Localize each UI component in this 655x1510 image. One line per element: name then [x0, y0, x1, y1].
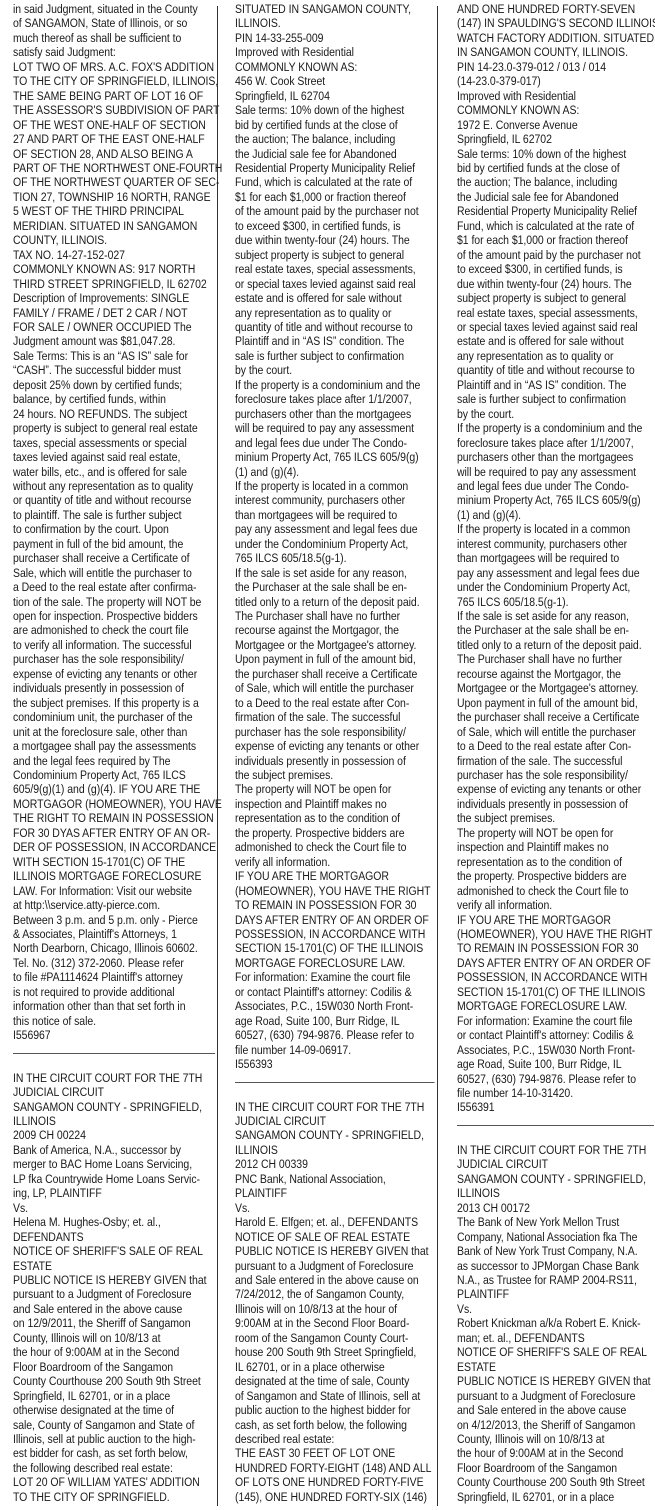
notice-text-line: or special taxes levied against said rea…	[457, 320, 654, 334]
notice-text-line: N.A., as Trustee for RAMP 2004-RS11,	[457, 1273, 654, 1287]
notice-text-line: firmation of the sale. The successful	[235, 710, 435, 724]
notice-text-line: of Sale, which will entitle the purchase…	[235, 681, 435, 695]
notice-text-line: 765 ILCS 605/18.5(g-1).	[457, 595, 654, 609]
notice-text-line: (147) IN SPAULDING'S SECOND ILLINOIS	[457, 16, 654, 30]
notice-text-line: recourse against the Mortgagor, the	[235, 623, 435, 637]
notice-text-line: TO REMAIN IN POSSESSION FOR 30	[457, 941, 654, 955]
notice-text-line: ing, LP, PLAINTIFF	[13, 1186, 215, 1200]
notice-text-line: Fund, which is calculated at the rate of	[457, 219, 654, 233]
notice-text-line: by the court.	[457, 407, 654, 421]
notice-text-line: The Purchaser shall have no further	[457, 652, 654, 666]
notice-text-line: purchasers other than the mortgagees	[457, 450, 654, 464]
notice-text-line: estate and is offered for sale without	[457, 334, 654, 348]
notice-text-line: inspection and Plaintiff makes no	[235, 797, 435, 811]
notice-text-line: to verify all information. The successfu…	[13, 638, 215, 652]
notice-text-line: deposit 25% down by certified funds;	[13, 378, 215, 392]
notice-text-line: cash, as set forth below, the following	[235, 1418, 435, 1432]
notice-text-line: & Associates, Plaintiff's Attorneys, 1	[13, 927, 215, 941]
notice-text-line: NOTICE OF SALE OF REAL ESTATE	[235, 1230, 435, 1244]
notice-text-line: IN THE CIRCUIT COURT FOR THE 7TH	[457, 1143, 654, 1157]
notice-text-line: For information: Examine the court file	[235, 970, 435, 984]
notice-text-line: JUDICIAL CIRCUIT	[235, 1114, 435, 1128]
notice-text-line: admonished to check the Court file to	[457, 884, 654, 898]
notice-text-line: 605/9(g)(1) and (g)(4). IF YOU ARE THE	[13, 782, 215, 796]
notice-text-line: $1 for each $1,000 or fraction thereof	[235, 190, 435, 204]
notice-text-line: Residential Property Municipality Relief	[235, 161, 435, 175]
notice-text-line: any representation as to quality or	[457, 349, 654, 363]
notice-text-line: or special taxes levied against said rea…	[235, 277, 435, 291]
notice-text-line: (HOMEOWNER), YOU HAVE THE RIGHT	[235, 884, 435, 898]
notice-text-line: sale is further subject to confirmation	[235, 349, 435, 363]
notice-text-line: the hour of 9:00AM at in the Second	[457, 1446, 654, 1460]
notice-text-line: payment in full of the bid amount, the	[13, 537, 215, 551]
notice-text-line: IN THE CIRCUIT COURT FOR THE 7TH	[235, 1100, 435, 1114]
notice-separator-rule	[235, 1082, 435, 1083]
notice-text-line: the subject premises.	[457, 811, 654, 825]
column-2: SITUATED IN SANGAMON COUNTY,ILLINOIS.PIN…	[235, 2, 435, 1504]
notice-text-line: Illinois, sell at public auction to the …	[13, 1432, 215, 1446]
notice-text-line: described real estate:	[235, 1432, 435, 1446]
notice-text-line: ESTATE	[457, 1360, 654, 1374]
notice-text-line: age Road, Suite 100, Burr Ridge, IL	[457, 1057, 654, 1071]
notice-text-line: THE RIGHT TO REMAIN IN POSSESSION	[13, 811, 215, 825]
notice-text-line: THIRD STREET SPRINGFIELD, IL 62702	[13, 277, 215, 291]
notice-text-line: Vs.	[457, 1302, 654, 1316]
notice-text-line: Improved with Residential	[457, 89, 654, 103]
notice-text-line: will be required to pay any assessment	[235, 421, 435, 435]
notice-text-line: designated at the time of sale, County	[235, 1374, 435, 1388]
notice-text-line: The property will NOT be open for	[235, 782, 435, 796]
notice-text-line: titled only to a return of the deposit p…	[457, 638, 654, 652]
notice-text-line: Mortgagee or the Mortgagee's attorney.	[235, 638, 435, 652]
notice-text-line: taxes, special assessments or special	[13, 436, 215, 450]
notice-text-line: purchaser has the sole responsibility/	[457, 768, 654, 782]
notice-text-line: this notice of sale.	[13, 1014, 215, 1028]
column-1: in said Judgment, situated in the County…	[13, 2, 215, 1504]
notice-text-line: 60527, (630) 794-9876. Please refer to	[457, 1072, 654, 1086]
notice-text-line: IN SANGAMON COUNTY, ILLINOIS.	[457, 45, 654, 59]
notice-text-line: Condominium Property Act, 765 ILCS	[13, 768, 215, 782]
notice-text-line: satisfy said Judgment:	[13, 45, 215, 59]
notice-text-line: the property. Prospective bidders are	[457, 869, 654, 883]
notice-text-line: Springfield, IL 62701, or in a place	[13, 1389, 215, 1403]
notice-text-line: If the property is a condominium and the	[235, 378, 435, 392]
notice-text-line: County, Illinois will on 10/8/13 at	[457, 1432, 654, 1446]
notice-text-line: verify all information.	[457, 898, 654, 912]
notice-text-line: 1972 E. Converse Avenue	[457, 118, 654, 132]
notice-text-line: purchaser has the sole responsibility/	[235, 725, 435, 739]
notice-text-line: and legal fees due under The Condo-	[457, 479, 654, 493]
notice-text-line: information other than that set forth in	[13, 999, 215, 1013]
notice-text-line: PLAINTIFF	[457, 1287, 654, 1301]
notice-text-line: the Purchaser at the sale shall be en-	[235, 580, 435, 594]
notice-text-line: PIN 14-23.0-379-012 / 013 / 014	[457, 60, 654, 74]
legal-notice: SITUATED IN SANGAMON COUNTY,ILLINOIS.PIN…	[235, 2, 435, 1072]
notice-text-line: County Courthouse 200 South 9th Street	[13, 1374, 215, 1388]
notice-text-line: DEFENDANTS	[13, 1230, 215, 1244]
column-divider	[217, 6, 218, 1506]
notice-text-line: bid by certified funds at the close of	[235, 118, 435, 132]
notice-text-line: Between 3 p.m. and 5 p.m. only - Pierce	[13, 913, 215, 927]
notice-text-line: IF YOU ARE THE MORTGAGOR	[235, 869, 435, 883]
notice-text-line: ILLINOIS	[235, 1143, 435, 1157]
notice-text-line: expense of evicting any tenants or other	[13, 667, 215, 681]
notice-text-line: Plaintiff and in “AS IS” condition. The	[235, 334, 435, 348]
notice-text-line: LP fka Countrywide Home Loans Servic-	[13, 1172, 215, 1186]
notice-text-line: to plaintiff. The sale is further subjec…	[13, 508, 215, 522]
notice-text-line: OF THE NORTHWEST QUARTER OF SEC-	[13, 175, 215, 189]
notice-text-line: TION 27, TOWNSHIP 16 NORTH, RANGE	[13, 190, 215, 204]
notice-text-line: to a Deed to the real estate after Con-	[457, 739, 654, 753]
notice-text-line: foreclosure takes place after 1/1/2007,	[457, 436, 654, 450]
notice-text-line: 7/24/2012, the of Sangamon County,	[235, 1287, 435, 1301]
notice-text-line: ILLINOIS MORTGAGE FORECLOSURE	[13, 869, 215, 883]
column-divider	[437, 6, 438, 1506]
notice-text-line: LAW. For Information: Visit our website	[13, 884, 215, 898]
notice-text-line: HUNDRED FORTY-EIGHT (148) AND ALL	[235, 1461, 435, 1475]
notice-text-line: Bank of New York Trust Company, N.A.	[457, 1244, 654, 1258]
legal-notices-page: in said Judgment, situated in the County…	[0, 0, 655, 1510]
notice-text-line: TO THE CITY OF SPRINGFIELD, ILLINOIS,	[13, 74, 215, 88]
notice-text-line: than mortgagees will be required to	[235, 508, 435, 522]
notice-text-line: Sale terms: 10% down of the highest	[235, 103, 435, 117]
notice-text-line: OF SECTION 28, AND ALSO BEING A	[13, 147, 215, 161]
notice-text-line: Springfield, IL 62701, or in a place	[457, 1490, 654, 1504]
notice-text-line: taxes levied against said real estate,	[13, 450, 215, 464]
notice-text-line: FOR 30 DYAS AFTER ENTRY OF AN OR-	[13, 826, 215, 840]
notice-text-line: subject property is subject to general	[235, 248, 435, 262]
notice-text-line: 60527, (630) 794-9876. Please refer to	[235, 1028, 435, 1042]
notice-text-line: minium Property Act, 765 ILCS 605/9(g)	[457, 493, 654, 507]
notice-text-line: (HOMEOWNER), YOU HAVE THE RIGHT	[457, 927, 654, 941]
notice-text-line: SANGAMON COUNTY - SPRINGFIELD,	[13, 1100, 215, 1114]
notice-text-line: DER OF POSSESSION, IN ACCORDANCE	[13, 840, 215, 854]
notice-text-line: The Bank of New York Mellon Trust	[457, 1215, 654, 1229]
notice-text-line: IN THE CIRCUIT COURT FOR THE 7TH	[13, 1071, 215, 1085]
notice-text-line: property is subject to general real esta…	[13, 421, 215, 435]
notice-text-line: or quantity of title and without recours…	[13, 493, 215, 507]
notice-text-line: ILLINOIS.	[235, 16, 435, 30]
notice-text-line: If the property is located in a common	[457, 522, 654, 536]
notice-text-line: quantity of title and without recourse t…	[235, 320, 435, 334]
notice-text-line: due within twenty-four (24) hours. The	[235, 233, 435, 247]
notice-text-line: will be required to pay any assessment	[457, 465, 654, 479]
legal-notice: AND ONE HUNDRED FORTY-SEVEN(147) IN SPAU…	[457, 2, 654, 1115]
notice-text-line: purchaser shall receive a Certificate of	[13, 551, 215, 565]
notice-text-line: Floor Boardroom of the Sangamon	[457, 1461, 654, 1475]
notice-text-line: Description of Improvements: SINGLE	[13, 291, 215, 305]
notice-text-line: Sale Terms: This is an “AS IS” sale for	[13, 349, 215, 363]
notice-text-line: the property. Prospective bidders are	[235, 826, 435, 840]
notice-separator-rule	[13, 1053, 215, 1054]
notice-text-line: and legal fees due under The Condo-	[235, 436, 435, 450]
notice-text-line: open for inspection. Prospective bidders	[13, 609, 215, 623]
notice-text-line: of Sangamon and State of Illinois, sell …	[235, 1389, 435, 1403]
notice-text-line: sale, County of Sangamon and State of	[13, 1418, 215, 1432]
notice-text-line: public auction to the highest bidder for	[235, 1403, 435, 1417]
notice-text-line: FAMILY / FRAME / DET 2 CAR / NOT	[13, 306, 215, 320]
notice-text-line: ILLINOIS	[457, 1186, 654, 1200]
notice-text-line: FOR SALE / OWNER OCCUPIED The	[13, 320, 215, 334]
notice-text-line: est bidder for cash, as set forth below,	[13, 1446, 215, 1460]
notice-text-line: Associates, P.C., 15W030 North Front-	[235, 999, 435, 1013]
notice-text-line: water bills, etc., and is offered for sa…	[13, 465, 215, 479]
notice-text-line: in said Judgment, situated in the County	[13, 2, 215, 16]
notice-text-line: the purchaser shall receive a Certificat…	[235, 667, 435, 681]
notice-text-line: at http:\\service.atty-pierce.com.	[13, 898, 215, 912]
notice-text-line: to exceed $300, in certified funds, is	[457, 262, 654, 276]
notice-text-line: DAYS AFTER ENTRY OF AN ORDER OF	[457, 956, 654, 970]
notice-text-line: Harold E. Elfgen; et. al., DEFENDANTS	[235, 1215, 435, 1229]
notice-text-line: foreclosure takes place after 1/1/2007,	[235, 392, 435, 406]
notice-text-line: are admonished to check the court file	[13, 623, 215, 637]
notice-text-line: Vs.	[235, 1201, 435, 1215]
notice-text-line: verify all information.	[235, 855, 435, 869]
notice-text-line: SANGAMON COUNTY - SPRINGFIELD,	[457, 1172, 654, 1186]
notice-text-line: and Sale entered in the above cause	[457, 1403, 654, 1417]
notice-text-line: Improved with Residential	[235, 45, 435, 59]
notice-text-line: ILLINOIS	[13, 1114, 215, 1128]
notice-text-line: SITUATED IN SANGAMON COUNTY,	[235, 2, 435, 16]
notice-text-line: a mortgagee shall pay the assessments	[13, 739, 215, 753]
column-3: AND ONE HUNDRED FORTY-SEVEN(147) IN SPAU…	[457, 2, 654, 1504]
notice-text-line: Mortgagee or the Mortgagee's attorney.	[457, 681, 654, 695]
notice-text-line: house 200 South 9th Street Springfield,	[235, 1345, 435, 1359]
notice-text-line: by the court.	[235, 363, 435, 377]
notice-text-line: the auction; The balance, including	[457, 175, 654, 189]
notice-text-line: MORTGAGE FORECLOSURE LAW.	[457, 999, 654, 1013]
notice-text-line: recourse against the Mortgagor, the	[457, 667, 654, 681]
notice-text-line: Fund, which is calculated at the rate of	[235, 175, 435, 189]
notice-text-line: 2013 CH 00172	[457, 1201, 654, 1215]
notice-text-line: 9:00AM at in the Second Floor Board-	[235, 1316, 435, 1330]
notice-text-line: real estate taxes, special assessments,	[457, 306, 654, 320]
notice-text-line: estate and is offered for sale without	[235, 291, 435, 305]
notice-text-line: DAYS AFTER ENTRY OF AN ORDER OF	[235, 913, 435, 927]
notice-text-line: I556967	[13, 1028, 215, 1042]
notice-text-line: much thereof as shall be sufficient to	[13, 31, 215, 45]
notice-text-line: the Judicial sale fee for Abandoned	[457, 190, 654, 204]
notice-text-line: PUBLIC NOTICE IS HEREBY GIVEN that	[235, 1244, 435, 1258]
notice-text-line: to confirmation by the court. Upon	[13, 522, 215, 536]
notice-text-line: 456 W. Cook Street	[235, 74, 435, 88]
notice-text-line: individuals presently in possession of	[235, 754, 435, 768]
notice-text-line: as successor to JPMorgan Chase Bank	[457, 1259, 654, 1273]
notice-text-line: THE SAME BEING PART OF LOT 16 OF	[13, 89, 215, 103]
notice-text-line: LOT TWO OF MRS. A.C. FOX'S ADDITION	[13, 60, 215, 74]
notice-text-line: real estate taxes, special assessments,	[235, 262, 435, 276]
notice-text-line: balance, by certified funds, within	[13, 392, 215, 406]
notice-text-line: under the Condominium Property Act,	[235, 537, 435, 551]
notice-text-line: representation as to the condition of	[457, 855, 654, 869]
legal-notice: IN THE CIRCUIT COURT FOR THE 7THJUDICIAL…	[235, 1100, 435, 1505]
notice-text-line: JUDICIAL CIRCUIT	[13, 1085, 215, 1099]
notice-text-line: titled only to a return of the deposit p…	[235, 595, 435, 609]
notice-text-line: of the amount paid by the purchaser not	[235, 204, 435, 218]
notice-text-line: to exceed $300, in certified funds, is	[235, 219, 435, 233]
notice-text-line: interest community, purchasers other	[235, 493, 435, 507]
notice-text-line: expense of evicting any tenants or other	[457, 782, 654, 796]
notice-text-line: NOTICE OF SHERIFF'S SALE OF REAL	[457, 1345, 654, 1359]
notice-text-line: If the property is located in a common	[235, 479, 435, 493]
notice-text-line: the hour of 9:00AM at in the Second	[13, 1345, 215, 1359]
notice-text-line: For information: Examine the court file	[457, 1014, 654, 1028]
notice-text-line: age Road, Suite 100, Burr Ridge, IL	[235, 1014, 435, 1028]
notice-text-line: Sale, which will entitle the purchaser t…	[13, 566, 215, 580]
notice-text-line: ESTATE	[13, 1259, 215, 1273]
notice-text-line: of Sale, which will entitle the purchase…	[457, 725, 654, 739]
notice-text-line: MORTGAGOR (HOMEOWNER), YOU HAVE	[13, 797, 215, 811]
notice-text-line: than mortgagees will be required to	[457, 551, 654, 565]
notice-text-line: If the property is a condominium and the	[457, 421, 654, 435]
notice-text-line: WITH SECTION 15-1701(C) OF THE	[13, 855, 215, 869]
notice-text-line: pursuant to a Judgment of Foreclosure	[13, 1287, 215, 1301]
notice-text-line: unit at the foreclosure sale, other than	[13, 725, 215, 739]
notice-text-line: pay any assessment and legal fees due	[235, 522, 435, 536]
notice-text-line: the subject premises. If this property i…	[13, 696, 215, 710]
notice-text-line: If the sale is set aside for any reason,	[235, 566, 435, 580]
notice-text-line: file number 14-10-31420.	[457, 1086, 654, 1100]
notice-text-line: the following described real estate:	[13, 1461, 215, 1475]
notice-text-line: Robert Knickman a/k/a Robert E. Knick-	[457, 1316, 654, 1330]
notice-text-line: MORTGAGE FORECLOSURE LAW.	[235, 956, 435, 970]
notice-text-line: PNC Bank, National Association,	[235, 1172, 435, 1186]
notice-text-line: MERIDIAN. SITUATED IN SANGAMON	[13, 219, 215, 233]
notice-text-line: PIN 14-33-255-009	[235, 31, 435, 45]
notice-text-line: Plaintiff and in “AS IS” condition. The	[457, 378, 654, 392]
notice-text-line: Helena M. Hughes-Osby; et. al.,	[13, 1215, 215, 1229]
notice-text-line: without any representation as to quality	[13, 479, 215, 493]
notice-text-line: COMMONLY KNOWN AS:	[457, 103, 654, 117]
notice-text-line: Tel. No. (312) 372-2060. Please refer	[13, 956, 215, 970]
notice-text-line: OF LOTS ONE HUNDRED FORTY-FIVE	[235, 1475, 435, 1489]
notice-text-line: and Sale entered in the above cause	[13, 1302, 215, 1316]
notice-text-line: man; et. al., DEFENDANTS	[457, 1331, 654, 1345]
notice-text-line: COMMONLY KNOWN AS:	[235, 60, 435, 74]
notice-text-line: bid by certified funds at the close of	[457, 161, 654, 175]
notice-text-line: THE EAST 30 FEET OF LOT ONE	[235, 1446, 435, 1460]
notice-text-line: County Courthouse 200 South 9th Street	[457, 1475, 654, 1489]
notice-text-line: Springfield, IL 62704	[235, 89, 435, 103]
notice-text-line: POSSESSION, IN ACCORDANCE WITH	[235, 927, 435, 941]
notice-text-line: the purchaser shall receive a Certificat…	[457, 710, 654, 724]
notice-text-line: If the sale is set aside for any reason,	[457, 609, 654, 623]
notice-text-line: IL 62701, or in a place otherwise	[235, 1360, 435, 1374]
notice-text-line: Company, National Association fka The	[457, 1230, 654, 1244]
notice-text-line: file number 14-09-06917.	[235, 1043, 435, 1057]
notice-text-line: under the Condominium Property Act,	[457, 580, 654, 594]
notice-text-line: pay any assessment and legal fees due	[457, 566, 654, 580]
notice-text-line: PUBLIC NOTICE IS HEREBY GIVEN that	[13, 1273, 215, 1287]
notice-text-line: 24 hours. NO REFUNDS. The subject	[13, 407, 215, 421]
notice-text-line: to file #PA1114624 Plaintiff's attorney	[13, 970, 215, 984]
notice-text-line: admonished to check the Court file to	[235, 840, 435, 854]
notice-text-line: Judgment amount was $81,047.28.	[13, 334, 215, 348]
notice-text-line: individuals presently in possession of	[457, 797, 654, 811]
notice-separator-rule	[457, 1125, 654, 1126]
notice-text-line: TAX NO. 14-27-152-027	[13, 248, 215, 262]
notice-text-line: subject property is subject to general	[457, 291, 654, 305]
notice-text-line: to a Deed to the real estate after Con-	[235, 696, 435, 710]
notice-text-line: the subject premises.	[235, 768, 435, 782]
notice-text-line: The property will NOT be open for	[457, 826, 654, 840]
notice-text-line: condominium unit, the purchaser of the	[13, 710, 215, 724]
notice-text-line: Associates, P.C., 15W030 North Front-	[457, 1043, 654, 1057]
notice-text-line: Residential Property Municipality Relief	[457, 204, 654, 218]
notice-text-line: Vs.	[13, 1201, 215, 1215]
notice-text-line: COUNTY, ILLINOIS.	[13, 233, 215, 247]
notice-text-line: the auction; The balance, including	[235, 132, 435, 146]
notice-text-line: THE ASSESSOR'S SUBDIVISION OF PART	[13, 103, 215, 117]
notice-text-line: SECTION 15-1701(C) OF THE ILLINOIS	[457, 985, 654, 999]
notice-text-line: 2009 CH 00224	[13, 1128, 215, 1142]
notice-text-line: firmation of the sale. The successful	[457, 754, 654, 768]
notice-text-line: I556391	[457, 1100, 654, 1114]
notice-text-line: JUDICIAL CIRCUIT	[457, 1157, 654, 1171]
notice-text-line: of the amount paid by the purchaser not	[457, 248, 654, 262]
notice-text-line: merger to BAC Home Loans Servicing,	[13, 1157, 215, 1171]
notice-text-line: 2012 CH 00339	[235, 1157, 435, 1171]
notice-text-line: Upon payment in full of the amount bid,	[235, 652, 435, 666]
notice-text-line: room of the Sangamon County Court-	[235, 1331, 435, 1345]
notice-text-line: minium Property Act, 765 ILCS 605/9(g)	[235, 450, 435, 464]
notice-text-line: PUBLIC NOTICE IS HEREBY GIVEN that	[457, 1374, 654, 1388]
notice-text-line: WATCH FACTORY ADDITION. SITUATED	[457, 31, 654, 45]
notice-text-line: NOTICE OF SHERIFF'S SALE OF REAL	[13, 1244, 215, 1258]
notice-text-line: POSSESSION, IN ACCORDANCE WITH	[457, 970, 654, 984]
notice-text-line: expense of evicting any tenants or other	[235, 739, 435, 753]
legal-notice: in said Judgment, situated in the County…	[13, 2, 215, 1043]
legal-notice: IN THE CIRCUIT COURT FOR THE 7THJUDICIAL…	[457, 1143, 654, 1504]
notice-text-line: PART OF THE NORTHWEST ONE-FOURTH	[13, 161, 215, 175]
notice-text-line: 27 AND PART OF THE EAST ONE-HALF	[13, 132, 215, 146]
notice-text-line: 765 ILCS 605/18.5(g-1).	[235, 551, 435, 565]
notice-text-line: pursuant to a Judgment of Foreclosure	[235, 1259, 435, 1273]
notice-text-line: and the legal fees required by The	[13, 754, 215, 768]
notice-text-line: OF THE WEST ONE-HALF OF SECTION	[13, 118, 215, 132]
notice-text-line: 5 WEST OF THE THIRD PRINCIPAL	[13, 204, 215, 218]
notice-text-line: inspection and Plaintiff makes no	[457, 840, 654, 854]
notice-text-line: the Purchaser at the sale shall be en-	[457, 623, 654, 637]
notice-text-line: tion of the sale. The property will NOT …	[13, 595, 215, 609]
notice-text-line: COMMONLY KNOWN AS: 917 NORTH	[13, 262, 215, 276]
notice-text-line: pursuant to a Judgment of Foreclosure	[457, 1389, 654, 1403]
legal-notice: IN THE CIRCUIT COURT FOR THE 7THJUDICIAL…	[13, 1071, 215, 1505]
notice-text-line: County, Illinois will on 10/8/13 at	[13, 1331, 215, 1345]
notice-text-line: or contact Plaintiff's attorney: Codilis…	[457, 1028, 654, 1042]
notice-text-line: North Dearborn, Chicago, Illinois 60602.	[13, 941, 215, 955]
notice-text-line: otherwise designated at the time of	[13, 1403, 215, 1417]
notice-text-line: (1) and (g)(4).	[457, 508, 654, 522]
notice-text-line: interest community, purchasers other	[457, 537, 654, 551]
notice-text-line: SANGAMON COUNTY - SPRINGFIELD,	[235, 1128, 435, 1142]
notice-text-line: a Deed to the real estate after confirma…	[13, 580, 215, 594]
notice-text-line: individuals presently in possession of	[13, 681, 215, 695]
notice-text-line: any representation as to quality or	[235, 306, 435, 320]
notice-text-line: LOT 20 OF WILLIAM YATES' ADDITION	[13, 1475, 215, 1489]
notice-text-line: and Sale entered in the above cause on	[235, 1273, 435, 1287]
notice-text-line: Springfield, IL 62702	[457, 132, 654, 146]
notice-text-line: Sale terms: 10% down of the highest	[457, 147, 654, 161]
notice-text-line: quantity of title and without recourse t…	[457, 363, 654, 377]
notice-text-line: Floor Boardroom of the Sangamon	[13, 1360, 215, 1374]
notice-text-line: (14-23.0-379-017)	[457, 74, 654, 88]
notice-text-line: purchasers other than the mortgagees	[235, 407, 435, 421]
notice-text-line: TO REMAIN IN POSSESSION FOR 30	[235, 898, 435, 912]
notice-text-line: AND ONE HUNDRED FORTY-SEVEN	[457, 2, 654, 16]
notice-text-line: SECTION 15-1701(C) OF THE ILLINOIS	[235, 941, 435, 955]
notice-text-line: the Judicial sale fee for Abandoned	[235, 147, 435, 161]
